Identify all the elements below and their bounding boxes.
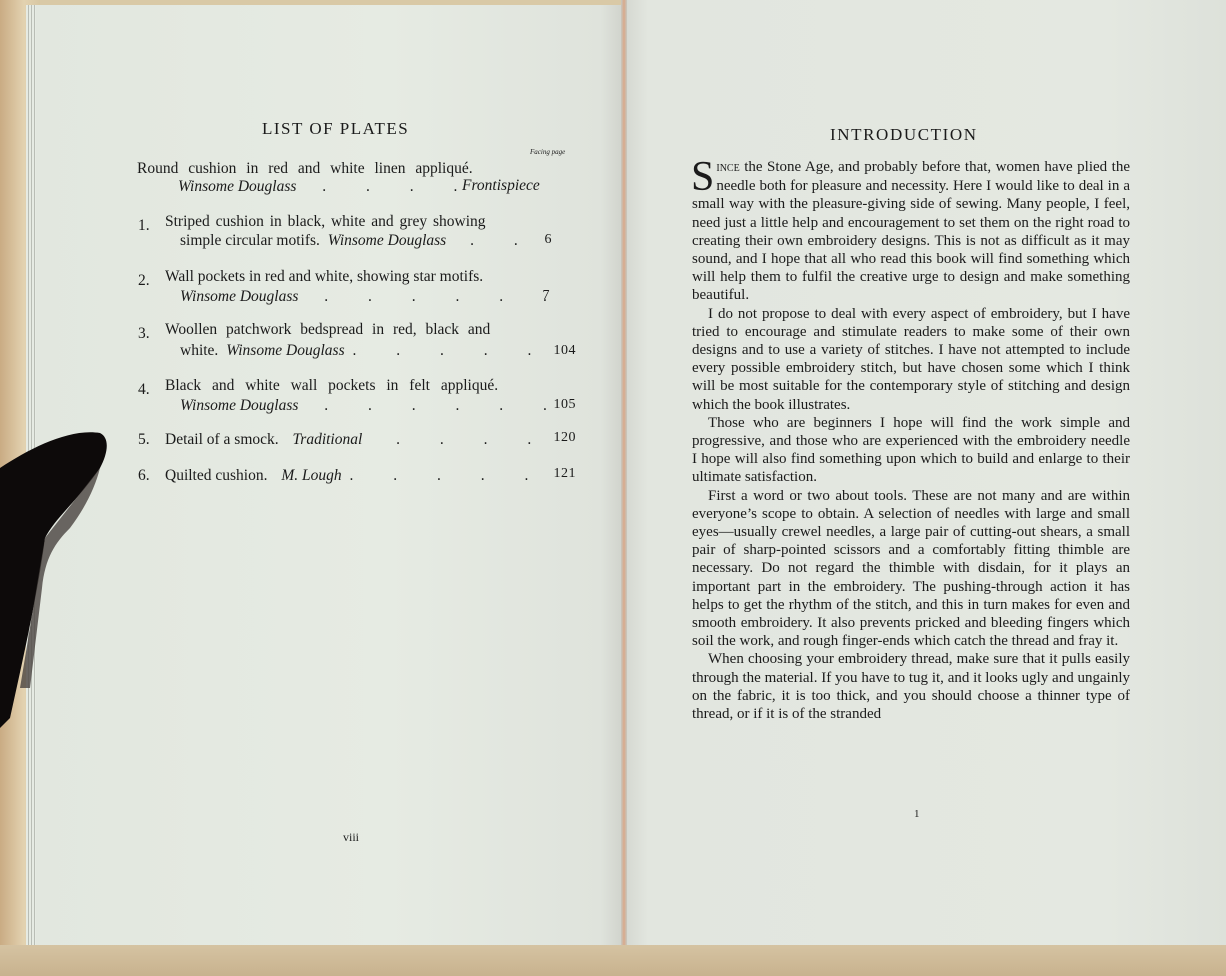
plate-description: Detail of a smock. [165,431,279,448]
plate-page-ref: 121 [554,466,577,482]
facing-page-label: Facing page [530,148,565,156]
plate-credit-line: simple circular motifs. Winsome Douglass… [180,232,536,250]
leader-dots: . . . . [322,178,475,195]
table-surface [0,945,1226,976]
plate-credit-line: Winsome Douglass . . . . [178,178,475,196]
plate-page-ref: 7 [543,288,551,304]
paragraph-text: the Stone Age, and probably before that,… [692,159,1130,303]
plate-number: 1. [138,217,150,235]
plate-description: Wall pockets in red and white, showing s… [165,268,483,286]
plate-description: Quilted cushion. [165,467,267,484]
plate-credit-line: white. Winsome Douglass . . . . . [180,342,549,360]
paragraph-5: When choosing your embroidery thread, ma… [692,650,1130,723]
leader-dots: . . . . . . [324,288,565,305]
plate-description-cont: simple circular motifs. [180,232,320,249]
leader-dots: . . . . [396,431,549,448]
plate-credit: Winsome Douglass [180,397,298,414]
plate-number: 5. [138,431,150,449]
plate-number: 4. [138,381,150,399]
paragraph-3: Those who are beginners I hope will find… [692,414,1130,487]
paragraph-1: Since the Stone Age, and probably before… [692,158,1130,305]
plate-page-ref: 105 [554,397,577,413]
plate-description: Striped cushion in black, white and grey… [165,213,486,231]
plate-credit: Winsome Douglass [226,342,344,359]
plate-credit-line: Detail of a smock. Traditional . . . . [165,431,549,449]
plate-credit-line: Winsome Douglass . . . . . . [180,288,565,306]
plate-number: 3. [138,325,150,343]
plate-credit: Winsome Douglass [180,288,298,305]
paragraph-4: First a word or two about tools. These a… [692,487,1130,651]
plate-description: Woollen patchwork bedspread in red, blac… [165,321,490,339]
drop-cap: S [691,161,714,193]
paragraph-2: I do not propose to deal with every aspe… [692,305,1130,414]
plate-credit-line: Winsome Douglass . . . . . . [180,397,565,415]
plate-number: 6. [138,467,150,485]
page-number-right: 1 [914,808,920,820]
book-gutter [621,0,627,945]
plate-credit: M. Lough [281,467,341,484]
plate-page-ref: Frontispiece [462,177,540,195]
page-number-left: viii [343,830,359,845]
plate-description: Round cushion in red and white linen app… [137,160,473,178]
introduction-heading: INTRODUCTION [830,125,978,145]
plate-credit-line: Quilted cushion. M. Lough . . . . . [165,467,546,485]
plate-credit: Traditional [293,431,363,448]
leader-dots: . . . . . . [324,397,565,414]
plate-page-ref: 104 [554,343,577,359]
leader-dots: . . . . . [352,342,549,359]
plate-number: 2. [138,272,150,290]
thumb-shadow-icon [0,428,110,728]
smallcaps-lead: ince [716,160,739,175]
plate-page-ref: 120 [554,430,577,446]
leader-dots: . . . . . [350,467,547,484]
list-of-plates-heading: LIST OF PLATES [262,119,432,139]
plate-description-cont: white. [180,342,218,359]
introduction-body: Since the Stone Age, and probably before… [692,158,1130,723]
plate-page-ref: 6 [545,232,553,248]
leader-dots: . . [470,232,536,249]
plate-credit: Winsome Douglass [328,232,446,249]
plate-credit: Winsome Douglass [178,178,296,195]
plate-description: Black and white wall pockets in felt app… [165,377,498,395]
